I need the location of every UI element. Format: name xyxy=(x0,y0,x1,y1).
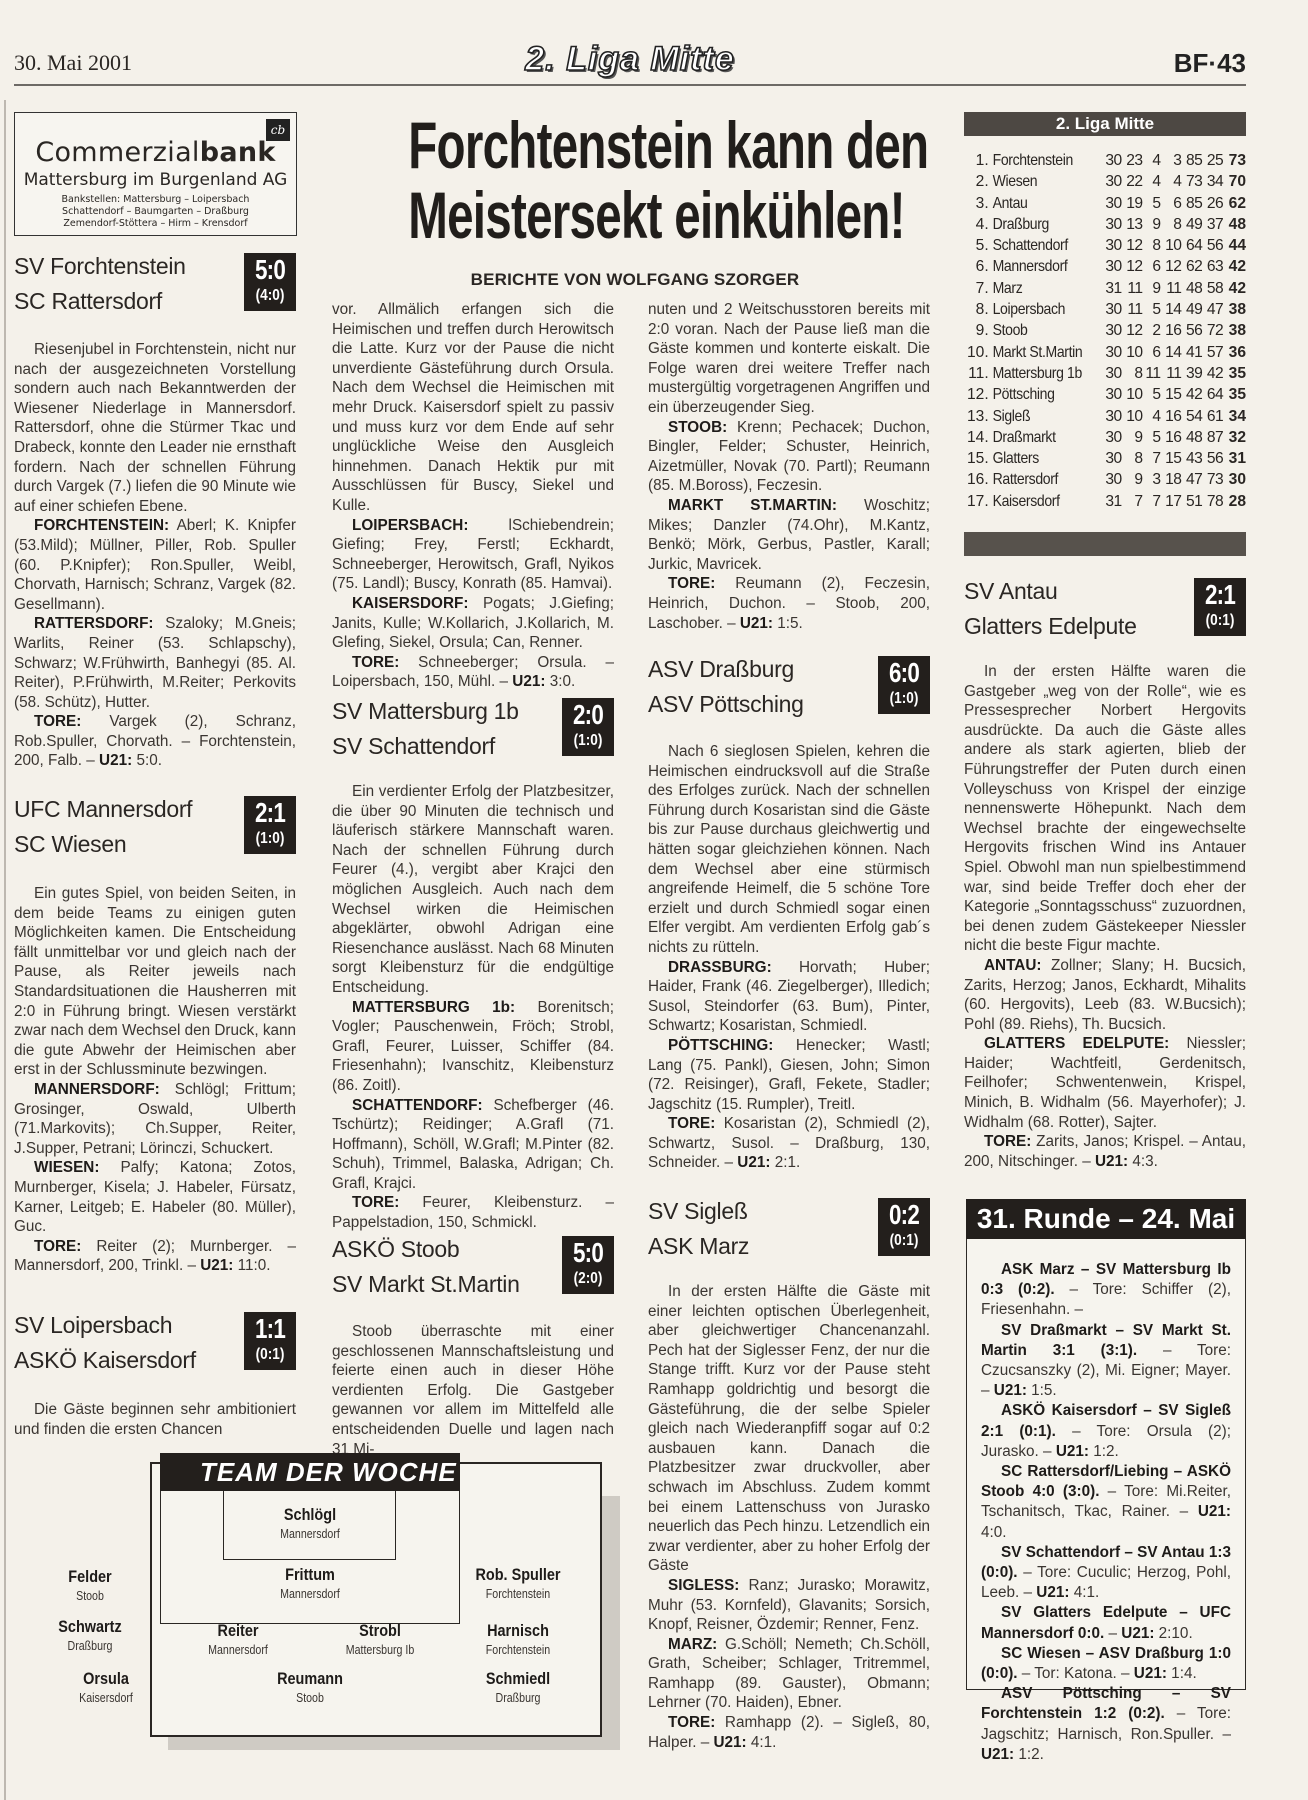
standings-d: 5 xyxy=(1143,299,1161,320)
standings-ga: 78 xyxy=(1202,491,1223,512)
lineup-home: FORCHTENSTEIN: Aberl; K. Knipfer (53.Mil… xyxy=(14,516,296,614)
score-badge: 1:1 (0:1) xyxy=(244,1312,296,1370)
headline-line-1: Forchtenstein kann den xyxy=(408,110,862,180)
standings-row: 4.Draßburg301398493748 xyxy=(964,214,1246,235)
report-text: Ein gutes Spiel, von beiden Seiten, in d… xyxy=(14,884,296,1080)
home-team: ASKÖ Stoob xyxy=(332,1232,520,1267)
standings-gp: 30 xyxy=(1101,320,1122,341)
away-team: SV Schattendorf xyxy=(332,729,519,764)
lineup-label: MANNERSDORF: xyxy=(34,1081,160,1098)
report-text: Die Gäste beginnen sehr ambitioniert und… xyxy=(14,1400,296,1439)
standings-gp: 31 xyxy=(1101,278,1122,299)
score-badge: 2:1 (0:1) xyxy=(1194,578,1246,636)
match-header: SV Forchtenstein SC Rattersdorf 5:0 (4:0… xyxy=(14,249,296,319)
bank-name-bold: bank xyxy=(200,137,276,168)
round-results-box: 31. Runde – 24. Mai ASK Marz – SV Matter… xyxy=(966,1199,1246,1690)
final-score: 6:0 xyxy=(883,656,925,690)
score-badge: 5:0 (4:0) xyxy=(244,253,296,311)
goals: TORE: Feurer, Kleibensturz. – Pappelstad… xyxy=(332,1193,614,1232)
standings-row: 3.Antau301956852662 xyxy=(964,193,1246,214)
lineup-label: PÖTTSCHING: xyxy=(668,1037,773,1054)
u21-score: 2:1. xyxy=(775,1154,801,1171)
lineup-label: SCHATTENDORF: xyxy=(352,1097,483,1114)
result-detail: – Tore: Cuculic; Herzog, Pohl, Leeb. – xyxy=(981,1564,1231,1601)
standings-pts: 62 xyxy=(1223,193,1246,214)
home-team: ASV Draßburg xyxy=(648,652,804,687)
match-report: Die Gäste beginnen sehr ambitioniert und… xyxy=(14,1400,296,1439)
player-name: Orsula xyxy=(38,1668,174,1690)
lineup-away: KAISERSDORF: Pogats; J.Giefing; Janits, … xyxy=(332,594,614,653)
match-report-continued: nuten und 2 Weitschusstoren bereits mit … xyxy=(648,300,930,633)
standings-gf: 56 xyxy=(1181,320,1202,341)
player: SchwartzDraßburg xyxy=(10,1616,170,1654)
result-detail: – Tor: Katona. – xyxy=(1018,1665,1134,1682)
standings-gp: 30 xyxy=(1101,235,1122,256)
standings-row: 6.Mannersdorf3012612626342 xyxy=(964,256,1246,277)
standings-pts: 35 xyxy=(1223,384,1246,405)
report-text: nuten und 2 Weitschusstoren bereits mit … xyxy=(648,300,930,418)
page-date: 30. Mai 2001 xyxy=(14,50,132,76)
result-u21: 1:2. xyxy=(1014,1746,1044,1763)
lineup-home: STOOB: Krenn; Pechacek; Duchon, Bingler,… xyxy=(648,418,930,496)
standings-w: 9 xyxy=(1122,469,1143,490)
standings-ga: 61 xyxy=(1202,406,1223,427)
match-report: In der ersten Hälfte die Gäste mit einer… xyxy=(648,1282,930,1752)
u21-label: U21: xyxy=(713,1734,746,1751)
player-club: Mannersdorf xyxy=(242,1586,378,1602)
standings-team: Schattendorf xyxy=(989,235,1090,256)
standings-gp: 30 xyxy=(1101,384,1122,405)
standings-rank: 9. xyxy=(964,320,989,341)
halftime-score: (1:0) xyxy=(566,732,610,750)
match-teams: SV Antau Glatters Edelpute xyxy=(964,574,1137,644)
lineup-label: MARZ: xyxy=(668,1636,717,1653)
header-divider xyxy=(14,84,1246,86)
player-name: Schwartz xyxy=(22,1616,158,1638)
standings-gf: 64 xyxy=(1181,235,1202,256)
standings-row: 8.Loipersbach3011514494738 xyxy=(964,299,1246,320)
standings-gp: 30 xyxy=(1101,214,1122,235)
goals-label: TORE: xyxy=(668,575,715,592)
lineup-label: SIGLESS: xyxy=(668,1577,739,1594)
article-headline: Forchtenstein kann den Meistersekt einkü… xyxy=(408,110,862,250)
lineup-label: GLATTERS EDELPUTE: xyxy=(984,1035,1169,1052)
standings-pts: 31 xyxy=(1223,448,1246,469)
lineup-label: FORCHTENSTEIN: xyxy=(34,517,169,534)
standings-gf: 62 xyxy=(1181,256,1202,277)
report-text: Nach 6 sieglosen Spielen, kehren die Hei… xyxy=(648,742,930,958)
lineup-home: SIGLESS: Ranz; Jurasko; Morawitz, Muhr (… xyxy=(648,1576,930,1635)
standings-gf: 42 xyxy=(1181,384,1202,405)
round-result: SV Glatters Edelpute – UFC Mannersdorf 0… xyxy=(981,1603,1231,1643)
standings-d: 5 xyxy=(1143,384,1161,405)
away-team: SC Rattersdorf xyxy=(14,284,186,319)
home-team: SV Mattersburg 1b xyxy=(332,694,519,729)
standings-pts: 42 xyxy=(1223,256,1246,277)
report-text: vor. Allmälich erfangen sich die Heimisc… xyxy=(332,300,614,516)
match-teams: SV Loipersbach ASKÖ Kaisersdorf xyxy=(14,1308,196,1378)
standings-w: 9 xyxy=(1122,427,1143,448)
standings-gp: 30 xyxy=(1101,469,1122,490)
player-name: Strobl xyxy=(312,1620,448,1642)
standings-row: 7.Marz3111911485842 xyxy=(964,278,1246,299)
report-text: In der ersten Hälfte die Gäste mit einer… xyxy=(648,1282,930,1576)
round-result: ASK Marz – SV Mattersburg Ib 0:3 (0:2). … xyxy=(981,1260,1231,1321)
standings-gf: 48 xyxy=(1181,278,1202,299)
result-u21: 1:4. xyxy=(1167,1665,1197,1682)
standings-ga: 58 xyxy=(1202,278,1223,299)
standings-team: Sigleß xyxy=(989,406,1090,427)
away-team: SC Wiesen xyxy=(14,827,192,862)
player-name: Schmiedl xyxy=(450,1668,586,1690)
bank-advertisement: cb Commerzialbank Mattersburg im Burgenl… xyxy=(14,112,297,236)
standings-gf: 54 xyxy=(1181,406,1202,427)
standings-w: 13 xyxy=(1122,214,1143,235)
standings-l: 11 xyxy=(1161,278,1182,299)
lineup-label: MARKT ST.MARTIN: xyxy=(668,497,837,514)
standings-ga: 25 xyxy=(1202,150,1223,171)
standings-team: Loipersbach xyxy=(989,299,1090,320)
standings-l: 14 xyxy=(1161,342,1182,363)
standings-gp: 30 xyxy=(1101,150,1122,171)
standings-w: 23 xyxy=(1122,150,1143,171)
score-badge: 6:0 (1:0) xyxy=(878,656,930,714)
standings-ga: 72 xyxy=(1202,320,1223,341)
standings-team: Markt St.Martin xyxy=(989,342,1090,363)
standings-rank: 17. xyxy=(964,491,989,512)
goals: TORE: Vargek (2), Schranz, Rob.Spuller, … xyxy=(14,712,296,771)
match-report-continued: vor. Allmälich erfangen sich die Heimisc… xyxy=(332,300,614,692)
halftime-score: (4:0) xyxy=(248,287,292,305)
player: ReiterMannersdorf xyxy=(158,1620,318,1658)
bank-subtitle: Mattersburg im Burgenland AG xyxy=(15,170,296,190)
headline-line-2: Meistersekt einkühlen! xyxy=(408,180,862,250)
standings-l: 16 xyxy=(1161,406,1182,427)
standings-rank: 13. xyxy=(964,406,989,427)
standings-rank: 12. xyxy=(964,384,989,405)
standings-gf: 51 xyxy=(1181,491,1202,512)
round-result: SC Wiesen – ASV Draßburg 1:0 (0:0). – To… xyxy=(981,1644,1231,1684)
standings-rank: 1. xyxy=(964,150,989,171)
standings-row: 2.Wiesen302244733470 xyxy=(964,171,1246,192)
standings-rank: 4. xyxy=(964,214,989,235)
standings-d: 11 xyxy=(1143,363,1161,384)
lineup-label: RATTERSDORF: xyxy=(34,615,154,632)
player-club: Forchtenstein xyxy=(450,1586,586,1602)
final-score: 1:1 xyxy=(249,1312,291,1346)
standings-gp: 30 xyxy=(1101,406,1122,427)
standings-team: Rattersdorf xyxy=(989,469,1090,490)
player-club: Mattersburg Ib xyxy=(312,1642,448,1658)
round-result: ASV Pöttsching – SV Forchtenstein 1:2 (0… xyxy=(981,1684,1231,1765)
lineup-label: LOIPERSBACH: xyxy=(352,517,468,534)
standings-rank: 16. xyxy=(964,469,989,490)
player: ReumannStoob xyxy=(230,1668,390,1706)
lineup-label: MATTERSBURG 1b: xyxy=(352,999,515,1016)
standings-d: 7 xyxy=(1143,448,1161,469)
standings-row: 14.Draßmarkt309516488732 xyxy=(964,427,1246,448)
player-goalkeeper: SchlöglMannersdorf xyxy=(230,1504,390,1542)
standings-gp: 30 xyxy=(1101,342,1122,363)
match-teams: ASV Draßburg ASV Pöttsching xyxy=(648,652,804,722)
standings-d: 9 xyxy=(1143,214,1161,235)
final-score: 5:0 xyxy=(249,253,291,287)
standings-pts: 34 xyxy=(1223,406,1246,427)
u21-score: 4:3. xyxy=(1132,1153,1158,1170)
standings-row: 13.Sigleß3010416546134 xyxy=(964,406,1246,427)
standings-l: 6 xyxy=(1161,193,1182,214)
match-header: SV Sigleß ASK Marz 0:2 (0:1) xyxy=(648,1194,930,1264)
standings-pts: 38 xyxy=(1223,320,1246,341)
standings-l: 4 xyxy=(1161,171,1182,192)
standings-w: 8 xyxy=(1122,363,1143,384)
goals: TORE: Reumann (2), Feczesin, Heinrich, D… xyxy=(648,574,930,633)
player-libero: FrittumMannersdorf xyxy=(230,1564,390,1602)
away-team: ASKÖ Kaisersdorf xyxy=(14,1343,196,1378)
standings-team: Mattersburg 1b xyxy=(989,363,1090,384)
standings-rank: 6. xyxy=(964,256,989,277)
u21-label: U21: xyxy=(200,1257,233,1274)
standings-pts: 28 xyxy=(1223,491,1246,512)
away-team: Glatters Edelpute xyxy=(964,609,1137,644)
standings-l: 15 xyxy=(1161,384,1182,405)
lineup-away: WIESEN: Palfy; Katona; Zotos, Murnberger… xyxy=(14,1158,296,1236)
lineup-home: MATTERSBURG 1b: Borenitsch; Vogler; Paus… xyxy=(332,998,614,1096)
result-u21-label: U21: xyxy=(1134,1665,1167,1682)
match-report: Nach 6 sieglosen Spielen, kehren die Hei… xyxy=(648,742,930,1173)
standings-w: 11 xyxy=(1122,278,1143,299)
final-score: 0:2 xyxy=(883,1198,925,1232)
u21-label: U21: xyxy=(737,1154,770,1171)
match-report: Riesenjubel in Forchtenstein, nicht nur … xyxy=(14,340,296,771)
u21-score: 4:1. xyxy=(751,1734,777,1751)
standings-ga: 56 xyxy=(1202,448,1223,469)
standings-d: 9 xyxy=(1143,278,1161,299)
lineup-home: MANNERSDORF: Schlögl; Frittum; Grosinger… xyxy=(14,1080,296,1158)
standings-ga: 47 xyxy=(1202,299,1223,320)
match-header: ASV Draßburg ASV Pöttsching 6:0 (1:0) xyxy=(648,652,930,722)
lineup-label: KAISERSDORF: xyxy=(352,595,468,612)
standings-row: 11.Mattersburg 1b3081111394235 xyxy=(964,363,1246,384)
player: OrsulaKaisersdorf xyxy=(26,1668,186,1706)
player-name: Schlögl xyxy=(242,1504,378,1526)
result-u21-label: U21: xyxy=(1036,1584,1069,1601)
standings-rank: 15. xyxy=(964,448,989,469)
player: HarnischForchtenstein xyxy=(438,1620,598,1658)
away-team: ASV Pöttsching xyxy=(648,687,804,722)
goals-label: TORE: xyxy=(668,1115,715,1132)
standings-d: 7 xyxy=(1143,491,1161,512)
standings-rank: 14. xyxy=(964,427,989,448)
standings-d: 8 xyxy=(1143,235,1161,256)
player-name: Felder xyxy=(22,1566,158,1588)
standings-rank: 10. xyxy=(964,342,989,363)
standings-d: 3 xyxy=(1143,469,1161,490)
standings-gf: 49 xyxy=(1181,214,1202,235)
player-club: Kaisersdorf xyxy=(38,1690,174,1706)
standings-team: Draßburg xyxy=(989,214,1090,235)
standings-rank: 7. xyxy=(964,278,989,299)
standings-table: 1.Forchtenstein3023438525732.Wiesen30224… xyxy=(964,150,1246,512)
standings-pts: 35 xyxy=(1223,363,1246,384)
standings-gp: 30 xyxy=(1101,363,1122,384)
lineup-home: DRASSBURG: Horvath; Huber; Haider, Frank… xyxy=(648,958,930,1036)
report-text: Ein verdienter Erfolg der Platzbesitzer,… xyxy=(332,782,614,998)
away-team: ASK Marz xyxy=(648,1229,749,1264)
standings-d: 2 xyxy=(1143,320,1161,341)
final-score: 2:1 xyxy=(1199,578,1241,612)
final-score: 2:1 xyxy=(249,796,291,830)
goals: TORE: Reiter (2); Murnberger. – Mannersd… xyxy=(14,1237,296,1276)
standings-team: Mannersdorf xyxy=(989,256,1090,277)
result-u21: 2:10. xyxy=(1154,1625,1192,1642)
match-teams: ASKÖ Stoob SV Markt St.Martin xyxy=(332,1232,520,1302)
standings-d: 4 xyxy=(1143,406,1161,427)
result-u21-label: U21: xyxy=(994,1382,1027,1399)
standings-rank: 11. xyxy=(964,363,989,384)
score-badge: 5:0 (2:0) xyxy=(562,1236,614,1294)
halftime-score: (0:1) xyxy=(882,1232,926,1250)
lineup-home: ANTAU: Zollner; Slany; H. Bucsich, Zarit… xyxy=(964,956,1246,1034)
bank-name: Commerzialbank xyxy=(15,137,296,168)
team-of-week-title: TEAM DER WOCHE xyxy=(160,1453,460,1491)
standings-w: 12 xyxy=(1122,320,1143,341)
player-name: Frittum xyxy=(242,1564,378,1586)
home-team: SV Antau xyxy=(964,574,1137,609)
final-score: 5:0 xyxy=(567,1236,609,1270)
standings-gf: 73 xyxy=(1181,171,1202,192)
player-name: Harnisch xyxy=(450,1620,586,1642)
standings-team: Wiesen xyxy=(989,171,1090,192)
standings-gp: 30 xyxy=(1101,171,1122,192)
u21-score: 3:0. xyxy=(550,673,576,690)
result-u21-label: U21: xyxy=(1056,1443,1089,1460)
lineup-away: MARZ: G.Schöll; Nemeth; Ch.Schöll, Grath… xyxy=(648,1635,930,1713)
standings-gp: 30 xyxy=(1101,193,1122,214)
goals: TORE: Schneeberger; Orsula. – Loipersbac… xyxy=(332,653,614,692)
standings-row: 15.Glatters308715435631 xyxy=(964,448,1246,469)
player-club: Draßburg xyxy=(22,1638,158,1654)
standings-rank: 2. xyxy=(964,171,989,192)
standings-footer-bar xyxy=(964,532,1246,556)
final-score: 2:0 xyxy=(567,698,609,732)
player-club: Forchtenstein xyxy=(450,1642,586,1658)
lineup-label: DRASSBURG: xyxy=(668,959,772,976)
standings-row: 9.Stoob3012216567238 xyxy=(964,320,1246,341)
standings-l: 11 xyxy=(1161,363,1182,384)
result-u21-label: U21: xyxy=(1121,1625,1154,1642)
match-teams: SV Sigleß ASK Marz xyxy=(648,1194,749,1264)
player: Rob. SpullerForchtenstein xyxy=(438,1564,598,1602)
u21-score: 5:0. xyxy=(136,752,162,769)
bank-branches: Bankstellen: Mattersburg – Loipersbach S… xyxy=(15,194,296,230)
standings-w: 10 xyxy=(1122,384,1143,405)
standings-rank: 8. xyxy=(964,299,989,320)
u21-score: 11:0. xyxy=(238,1257,271,1274)
standings-ga: 63 xyxy=(1202,256,1223,277)
away-team: SV Markt St.Martin xyxy=(332,1267,520,1302)
standings-l: 12 xyxy=(1161,256,1182,277)
match-report: Ein gutes Spiel, von beiden Seiten, in d… xyxy=(14,884,296,1276)
match-teams: SV Mattersburg 1b SV Schattendorf xyxy=(332,694,519,764)
standings-w: 8 xyxy=(1122,448,1143,469)
standings-l: 3 xyxy=(1161,150,1182,171)
standings-gp: 31 xyxy=(1101,491,1122,512)
player-club: Draßburg xyxy=(450,1690,586,1706)
lineup-away: GLATTERS EDELPUTE: Niessler; Haider; Wac… xyxy=(964,1034,1246,1132)
standings-l: 14 xyxy=(1161,299,1182,320)
standings-gp: 30 xyxy=(1101,256,1122,277)
page-edge xyxy=(4,100,6,1800)
standings-gf: 41 xyxy=(1181,342,1202,363)
standings-l: 15 xyxy=(1161,448,1182,469)
standings-l: 18 xyxy=(1161,469,1182,490)
standings-gf: 48 xyxy=(1181,427,1202,448)
result-u21: 1:5. xyxy=(1027,1382,1057,1399)
lineup-label: WIESEN: xyxy=(34,1159,99,1176)
score-badge: 2:1 (1:0) xyxy=(244,796,296,854)
home-team: UFC Mannersdorf xyxy=(14,792,192,827)
standings-title: 2. Liga Mitte xyxy=(964,112,1246,136)
player-name: Rob. Spuller xyxy=(450,1564,586,1586)
score-badge: 0:2 (0:1) xyxy=(878,1198,930,1256)
player-club: Stoob xyxy=(242,1690,378,1706)
byline: BERICHTE VON WOLFGANG SZORGER xyxy=(320,270,950,290)
standings-pts: 73 xyxy=(1223,150,1246,171)
player: StroblMattersburg Ib xyxy=(300,1620,460,1658)
goals-label: TORE: xyxy=(352,654,399,671)
standings-pts: 36 xyxy=(1223,342,1246,363)
standings-gf: 43 xyxy=(1181,448,1202,469)
result-u21: 4:1. xyxy=(1069,1584,1099,1601)
branches-line: Schattendorf – Baumgarten – Draßburg xyxy=(15,206,296,218)
bank-logo-icon: cb xyxy=(266,119,290,141)
result-u21: 1:2. xyxy=(1089,1443,1119,1460)
round-result: SV Draßmarkt – SV Markt St. Martin 3:1 (… xyxy=(981,1321,1231,1402)
match-header: SV Antau Glatters Edelpute 2:1 (0:1) xyxy=(964,574,1246,644)
halftime-score: (1:0) xyxy=(882,690,926,708)
goals-label: TORE: xyxy=(34,713,81,730)
halftime-score: (1:0) xyxy=(248,830,292,848)
standings-w: 12 xyxy=(1122,256,1143,277)
standings-gf: 39 xyxy=(1181,363,1202,384)
branches-line: Zemendorf-Stöttera – Hirm – Krensdorf xyxy=(15,218,296,230)
goals: TORE: Zarits, Janos; Krispel. – Antau, 2… xyxy=(964,1132,1246,1171)
goals: TORE: Kosaristan (2), Schmiedl (2), Schw… xyxy=(648,1114,930,1173)
result-u21: 4:0. xyxy=(981,1524,1007,1541)
standings-row: 1.Forchtenstein302343852573 xyxy=(964,150,1246,171)
standings-l: 8 xyxy=(1161,214,1182,235)
match-teams: UFC Mannersdorf SC Wiesen xyxy=(14,792,192,862)
standings-w: 7 xyxy=(1122,491,1143,512)
standings-d: 5 xyxy=(1143,427,1161,448)
standings-gf: 85 xyxy=(1181,193,1202,214)
goals: TORE: Ramhapp (2). – Sigleß, 80, Halper.… xyxy=(648,1713,930,1752)
standings-w: 12 xyxy=(1122,235,1143,256)
goals-label: TORE: xyxy=(984,1133,1031,1150)
match-report: In der ersten Hälfte waren die Gastgeber… xyxy=(964,662,1246,1171)
standings-gp: 30 xyxy=(1101,427,1122,448)
report-text: Riesenjubel in Forchtenstein, nicht nur … xyxy=(14,340,296,516)
score-badge: 2:0 (1:0) xyxy=(562,698,614,756)
home-team: SV Loipersbach xyxy=(14,1308,196,1343)
standings-row: 10.Markt St.Martin3010614415736 xyxy=(964,342,1246,363)
standings-w: 19 xyxy=(1122,193,1143,214)
result-u21-label: U21: xyxy=(981,1746,1014,1763)
standings-w: 11 xyxy=(1122,299,1143,320)
standings-team: Forchtenstein xyxy=(989,150,1090,171)
standings-team: Draßmarkt xyxy=(989,427,1090,448)
